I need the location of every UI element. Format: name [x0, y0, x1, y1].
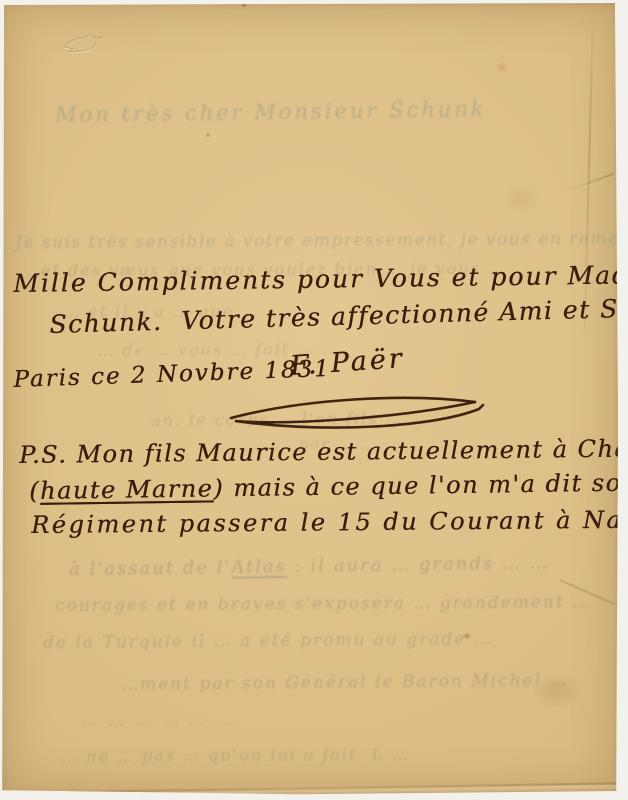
ghost-text-line: et des vœux que vous voulez bien … je vo… [41, 259, 506, 280]
atlas-post: : il aura … grands … … [287, 552, 550, 577]
ghost-text-line: … … par … … [251, 435, 378, 453]
postscript-line-3: Régiment passera le 15 du Courant à Nanc… [31, 505, 628, 539]
atlas-underlined-word: Atlas [231, 556, 287, 578]
paper-crease [584, 3, 595, 333]
postscript-line-2: (haute Marne) mais à ce que l'on m'a dit… [29, 468, 628, 505]
signature-paer: F. Paër [289, 343, 406, 382]
ps2-open-paren: ( [29, 477, 40, 505]
faint-greeting-line: Mon très cher Monsieur Schunk [55, 97, 487, 127]
closing-line-schunk: Schunk. Votre très affectionné Ami et Se… [49, 292, 628, 339]
ps2-underlined-place: haute Marne [40, 474, 214, 504]
signature-flourish [223, 387, 485, 433]
ghost-text-line: … et il y a … que … … [63, 302, 284, 321]
letter-scan: Mon très cher Monsieur Schunk Je suis tr… [0, 0, 628, 800]
ghost-text-line: … de … vous … fait … … [97, 339, 341, 360]
paper-fold-highlight [1, 785, 628, 800]
ghost-text-line: an. le corps … l'on fils … … [151, 408, 429, 430]
embossed-dove-icon [59, 30, 105, 56]
dateline: Paris ce 2 Novbre 1831 [13, 356, 331, 393]
ghost-text-line: … … … … … … [81, 711, 235, 730]
ghost-text-line: de la Turquie il … a été promu au grade … [43, 629, 493, 653]
ghost-text-line: … ne … pas … qu'on lui a fait. L … [61, 745, 409, 766]
ghost-text-line: courages et en braves s'exposera … grand… [55, 592, 591, 616]
atlas-pre: à l'assaut de l' [69, 557, 232, 580]
postscript-line-1: P.S. Mon fils Maurice est actuellement à… [19, 434, 628, 469]
closing-line-compliments: Mille Compliments pour Vous et pour Mada… [13, 259, 628, 298]
ghost-text-line: Je suis très sensible à votre empresseme… [15, 229, 628, 253]
paper-crease [559, 579, 615, 605]
paper-sheet: Mon très cher Monsieur Schunk Je suis tr… [1, 3, 618, 795]
paper-crease [568, 173, 614, 191]
ghost-atlas-line: à l'assaut de l'Atlas : il aura … grands… [69, 552, 550, 580]
ghost-text-line: …ment par son Général le Baron Michel … [121, 670, 569, 695]
paper-fold-crease [1, 782, 628, 794]
ps2-rest: ) mais à ce que l'on m'a dit son [213, 468, 628, 502]
